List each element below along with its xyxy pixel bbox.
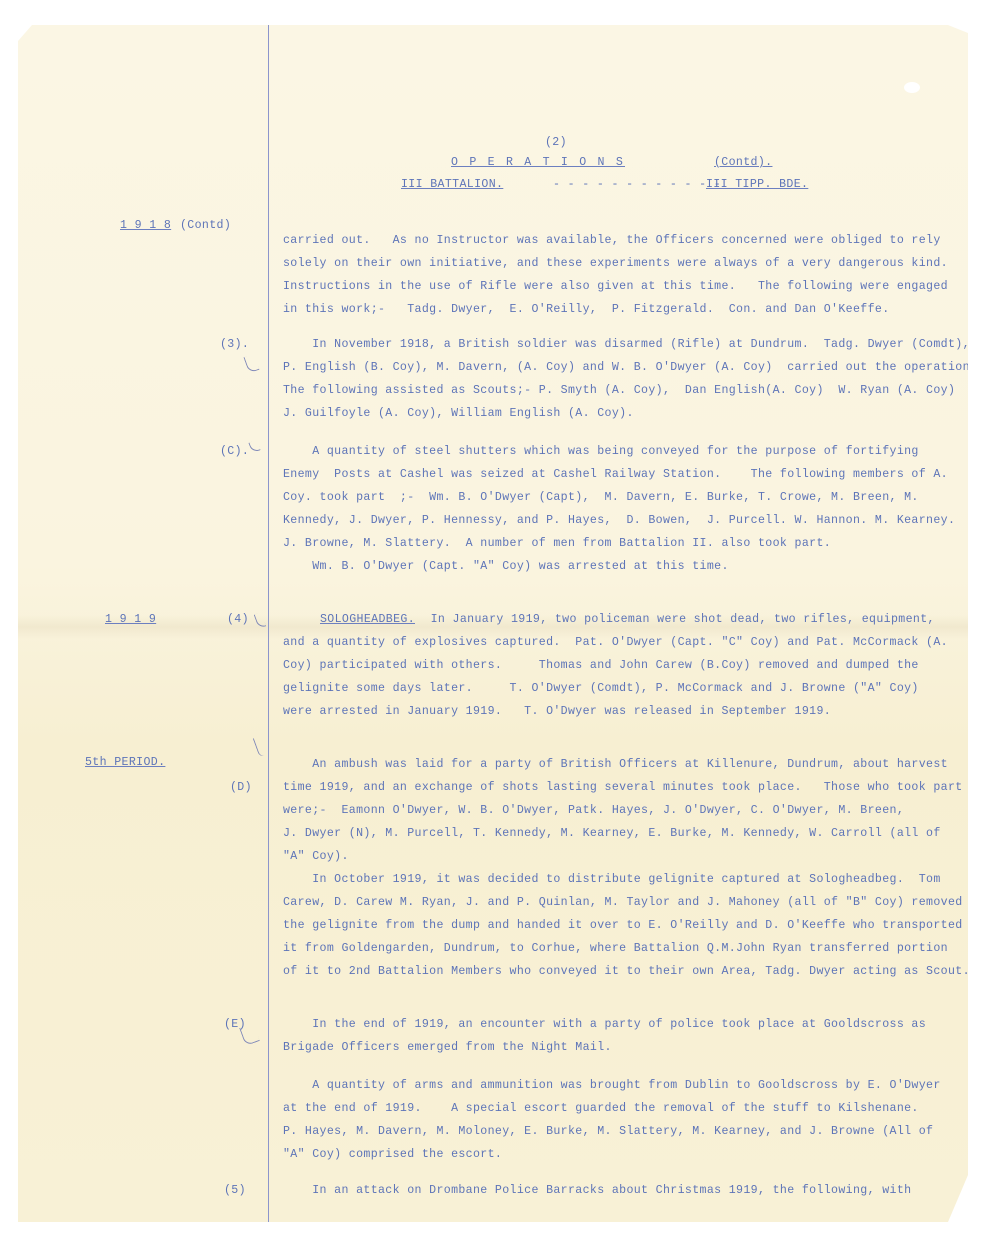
para-5-line-2: time 1919, and an exchange of shots last…	[283, 781, 963, 795]
para-1-line-1: carried out. As no Instructor was availa…	[283, 234, 941, 248]
pen-mark-icon	[253, 737, 265, 758]
para-7-line-1: In the end of 1919, an encounter with a …	[283, 1018, 926, 1032]
para-2-line-2: P. English (B. Coy), M. Davern, (A. Coy)…	[283, 361, 977, 375]
para-6-line-4: it from Goldengarden, Dundrum, to Corhue…	[283, 942, 948, 956]
margin-year-1918: 1 9 1 8	[120, 219, 171, 233]
para-1-line-4: in this work;- Tadg. Dwyer, E. O'Reilly,…	[283, 303, 890, 317]
margin-year-1918-contd: (Contd)	[180, 219, 231, 233]
para-3-line-2: Enemy Posts at Cashel was seized at Cash…	[283, 468, 948, 482]
para-3-line-3: Coy. took part ;- Wm. B. O'Dwyer (Capt),…	[283, 491, 919, 505]
para-8-line-1: A quantity of arms and ammunition was br…	[283, 1079, 941, 1093]
margin-period-5: 5th PERIOD.	[85, 756, 165, 770]
para-1-line-2: solely on their own initiative, and thes…	[283, 257, 948, 271]
checkmark-icon	[248, 440, 260, 453]
para-3-line-4: Kennedy, J. Dwyer, P. Hennessy, and P. H…	[283, 514, 955, 528]
para-8-line-4: "A" Coy) comprised the escort.	[283, 1148, 502, 1162]
page-title: O P E R A T I O N S	[451, 156, 625, 170]
punch-hole	[904, 82, 920, 93]
para-6-line-3: the gelignite from the dump and handed i…	[283, 919, 963, 933]
page-title-suffix: (Contd).	[714, 156, 772, 170]
para-6-line-1: In October 1919, it was decided to distr…	[283, 873, 941, 887]
para-6-line-2: Carew, D. Carew M. Ryan, J. and P. Quinl…	[283, 896, 963, 910]
para-3-line-6: Wm. B. O'Dwyer (Capt. "A" Coy) was arres…	[283, 560, 729, 574]
margin-rule-line	[268, 25, 269, 1222]
para-4-line-5: were arrested in January 1919. T. O'Dwye…	[283, 705, 831, 719]
para-2-line-1: In November 1918, a British soldier was …	[283, 338, 970, 352]
checkmark-icon	[243, 354, 259, 374]
para-7-line-2: Brigade Officers emerged from the Night …	[283, 1041, 612, 1055]
para-3-line-1: A quantity of steel shutters which was b…	[283, 445, 919, 459]
para-4-line-1: In January 1919, two policeman were shot…	[416, 613, 935, 627]
checkmark-icon	[239, 1023, 260, 1046]
document-page: (2) O P E R A T I O N S (Contd). III BAT…	[18, 25, 968, 1222]
margin-year-1919: 1 9 1 9	[105, 613, 156, 627]
para-4-line-4: gelignite some days later. T. O'Dwyer (C…	[283, 682, 919, 696]
para-8-line-2: at the end of 1919. A special escort gua…	[283, 1102, 919, 1116]
para-1-line-3: Instructions in the use of Rifle were al…	[283, 280, 948, 294]
para-5-line-4: J. Dwyer (N), M. Purcell, T. Kennedy, M.…	[283, 827, 941, 841]
para-5-line-5: "A" Coy).	[283, 850, 349, 864]
brigade-heading: III TIPP. BDE.	[706, 178, 808, 192]
battalion-heading: III BATTALION.	[401, 178, 503, 192]
margin-label-3: (3).	[220, 338, 249, 352]
para-9-line-1: In an attack on Drombane Police Barracks…	[283, 1184, 911, 1198]
para-4-line-2: and a quantity of explosives captured. P…	[283, 636, 948, 650]
margin-label-d: (D)	[230, 781, 252, 795]
para-5-line-3: were;- Eamonn O'Dwyer, W. B. O'Dwyer, Pa…	[283, 804, 904, 818]
page-number: (2)	[545, 136, 567, 150]
para-2-line-3: The following assisted as Scouts;- P. Sm…	[283, 384, 955, 398]
para-2-line-4: J. Guilfoyle (A. Coy), William English (…	[283, 407, 634, 421]
margin-label-c: (C).	[220, 445, 249, 459]
para-5-line-1: An ambush was laid for a party of Britis…	[283, 758, 948, 772]
margin-label-5: (5)	[224, 1184, 246, 1198]
sologheadbeg-heading: SOLOGHEADBEG.	[320, 613, 415, 627]
margin-label-4: (4)	[227, 613, 249, 627]
para-3-line-5: J. Browne, M. Slattery. A number of men …	[283, 537, 831, 551]
para-6-line-5: of it to 2nd Battalion Members who conve…	[283, 965, 970, 979]
heading-dashes: - - - - - - - - - - - -	[553, 178, 721, 192]
para-4-line-3: Coy) participated with others. Thomas an…	[283, 659, 919, 673]
para-8-line-3: P. Hayes, M. Davern, M. Moloney, E. Burk…	[283, 1125, 933, 1139]
